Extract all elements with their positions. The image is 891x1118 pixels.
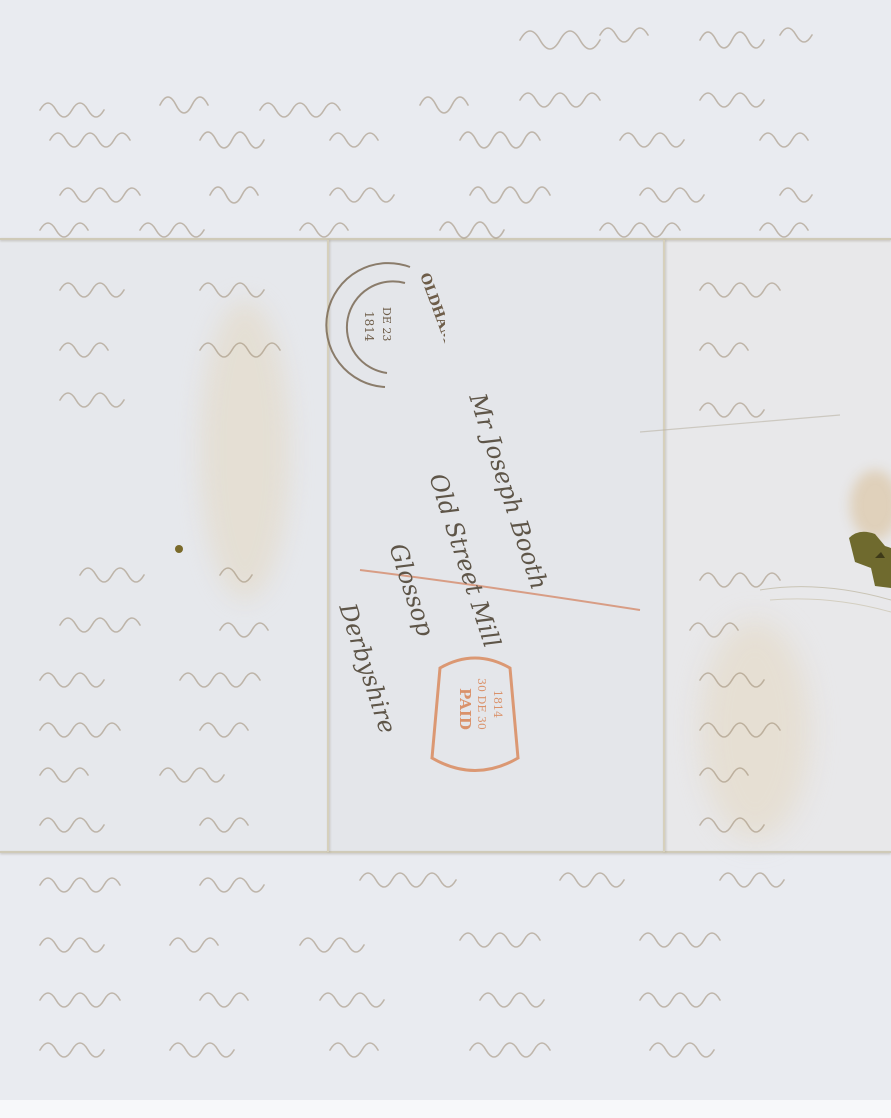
- svg-text:PAID: PAID: [456, 688, 474, 730]
- svg-text:1814: 1814: [491, 690, 504, 718]
- show-through-handwriting: [0, 0, 891, 1100]
- paid-stamp: PAID 30 DE 30 1814: [420, 648, 530, 788]
- svg-text:DE 23: DE 23: [380, 307, 393, 341]
- svg-text:OLDHAM: OLDHAM: [416, 271, 445, 346]
- svg-text:1814: 1814: [362, 311, 376, 342]
- scan-bottom-margin: [0, 1100, 891, 1118]
- oldham-datestamp: OLDHAM DE 23 1814: [325, 255, 445, 395]
- letter-sheet: OLDHAM DE 23 1814 PAID 30 DE 30 1814 Mr …: [0, 0, 891, 1100]
- svg-text:30 DE 30: 30 DE 30: [475, 678, 488, 730]
- wax-seal-fragment: [845, 528, 891, 588]
